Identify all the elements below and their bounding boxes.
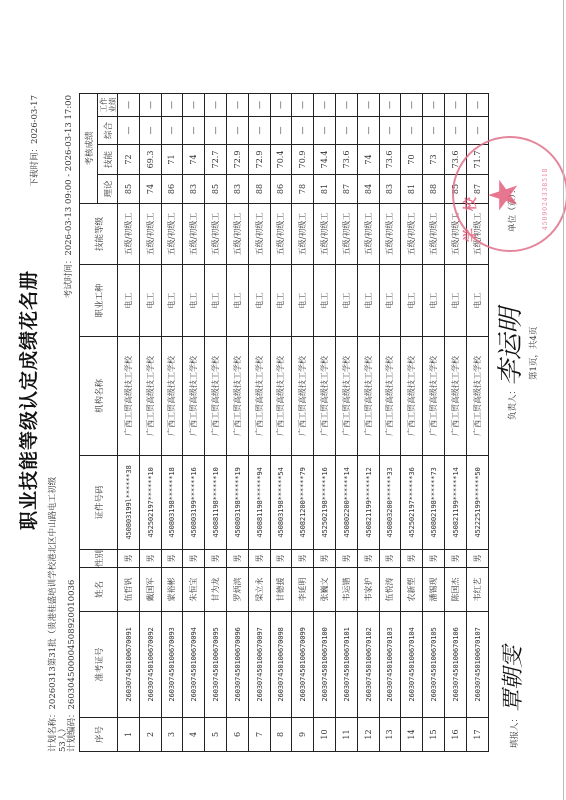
row-performance: — — [466, 93, 488, 116]
table-body: 1260307450100670091伍哲钒男450803199l******3… — [118, 93, 489, 751]
table-row: 8260307450100670098甘德援男450803198******54… — [270, 93, 292, 751]
row-theory: 85 — [118, 174, 140, 203]
row-theory: 84 — [357, 174, 379, 203]
row-level: 五级/初级工 — [423, 203, 445, 264]
row-overall: — — [270, 116, 292, 144]
header-name: 姓名 — [80, 568, 118, 612]
row-org: 广西工贸高级技工学校 — [270, 336, 292, 455]
row-id: 450881198******10 — [205, 455, 227, 549]
header-ticket: 准考证号 — [80, 612, 118, 718]
row-id: 450802200******14 — [335, 455, 357, 549]
row-ticket: 260307450100670091 — [118, 612, 140, 718]
header-gender: 性别 — [80, 549, 118, 567]
row-skill: 73 — [423, 144, 445, 174]
results-table: 序号 准考证号 姓名 性别 证件号码 机构名称 职业工种 技能等级 考核成绩 理… — [79, 93, 489, 752]
header-level: 技能等级 — [80, 203, 118, 264]
row-performance: — — [270, 93, 292, 116]
header-skill: 技能 — [98, 144, 118, 174]
row-gender: 男 — [161, 549, 183, 567]
header-performance: 工作业绩 — [98, 93, 118, 116]
row-gender: 男 — [270, 549, 292, 567]
row-performance: — — [139, 93, 161, 116]
row-occupation: 电工 — [205, 264, 227, 336]
row-skill: 73.6 — [335, 144, 357, 174]
row-overall: — — [205, 116, 227, 144]
row-name: 韦红艺 — [466, 568, 488, 612]
row-occupation: 电工 — [292, 264, 314, 336]
row-skill: 69.3 — [139, 144, 161, 174]
row-occupation: 电工 — [314, 264, 336, 336]
row-name: 甘德援 — [270, 568, 292, 612]
row-level: 五级/初级工 — [270, 203, 292, 264]
row-occupation: 电工 — [379, 264, 401, 336]
row-gender: 男 — [205, 549, 227, 567]
row-id: 450803199l******38 — [118, 455, 140, 549]
row-occupation: 电工 — [161, 264, 183, 336]
header-id: 证件号码 — [80, 455, 118, 549]
responsible-signature: 李运明 — [490, 308, 527, 386]
row-gender: 男 — [139, 549, 161, 567]
seal-number: 4509024338518 — [542, 167, 549, 230]
row-id: 450803198******19 — [226, 455, 248, 549]
row-name: 陈国杰 — [444, 568, 466, 612]
row-gender: 男 — [248, 549, 270, 567]
row-performance: — — [248, 93, 270, 116]
row-name: 韦运锴 — [335, 568, 357, 612]
row-name: 李延明 — [292, 568, 314, 612]
row-skill: 72 — [118, 144, 140, 174]
row-seq: 7 — [248, 718, 270, 752]
row-occupation: 电工 — [423, 264, 445, 336]
row-org: 广西工贸高级技工学校 — [161, 336, 183, 455]
row-name: 罗炳滨 — [226, 568, 248, 612]
row-seq: 8 — [270, 718, 292, 752]
responsible-label: 负责人： — [506, 386, 518, 420]
row-seq: 6 — [226, 718, 248, 752]
row-gender: 男 — [292, 549, 314, 567]
row-org: 广西工贸高级技工学校 — [357, 336, 379, 455]
row-seq: 12 — [357, 718, 379, 752]
row-name: 伍悦涛 — [379, 568, 401, 612]
row-id: 450803199******16 — [183, 455, 205, 549]
row-overall: — — [292, 116, 314, 144]
row-theory: 83 — [226, 174, 248, 203]
row-overall: — — [335, 116, 357, 144]
row-name: 梁立永 — [248, 568, 270, 612]
row-id: 450803200******33 — [379, 455, 401, 549]
row-seq: 15 — [423, 718, 445, 752]
row-gender: 男 — [226, 549, 248, 567]
row-theory: 88 — [423, 174, 445, 203]
row-level: 五级/初级工 — [183, 203, 205, 264]
exam-time: 考试时间：2026-03-13 09:00 - 2026-03-13 17:00 — [64, 95, 75, 298]
row-ticket: 260307450100670102 — [357, 612, 379, 718]
row-org: 广西工贸高级技工学校 — [444, 336, 466, 455]
row-gender: 男 — [183, 549, 205, 567]
row-theory: 74 — [139, 174, 161, 203]
row-theory: 88 — [248, 174, 270, 203]
row-org: 广西工贸高级技工学校 — [335, 336, 357, 455]
row-org: 广西工贸高级技工学校 — [226, 336, 248, 455]
row-ticket: 260307450100670098 — [270, 612, 292, 718]
row-theory: 78 — [292, 174, 314, 203]
row-id: 450803198******54 — [270, 455, 292, 549]
row-level: 五级/初级工 — [379, 203, 401, 264]
row-name: 潘锡现 — [423, 568, 445, 612]
row-performance: — — [183, 93, 205, 116]
header-seq: 序号 — [80, 718, 118, 752]
row-occupation: 电工 — [248, 264, 270, 336]
row-overall: — — [423, 116, 445, 144]
download-time: 下载时间：2026-03-17 — [30, 95, 41, 187]
row-ticket: 260307450100670094 — [183, 612, 205, 718]
header-scores-group: 考核成绩 — [80, 93, 98, 203]
row-gender: 男 — [314, 549, 336, 567]
table-row: 14260307450100670104农新塑男452502197******3… — [401, 93, 423, 751]
row-org: 广西工贸高级技工学校 — [118, 336, 140, 455]
row-org: 广西工贸高级技工学校 — [292, 336, 314, 455]
table-row: 13260307450100670103伍悦涛男450803200******3… — [379, 93, 401, 751]
row-seq: 2 — [139, 718, 161, 752]
filler-signature: 覃朝雯 — [496, 646, 527, 712]
row-occupation: 电工 — [118, 264, 140, 336]
row-id: 452502197******36 — [401, 455, 423, 549]
row-ticket: 260307450100670105 — [423, 612, 445, 718]
row-performance: — — [205, 93, 227, 116]
row-skill: 72.7 — [205, 144, 227, 174]
row-overall: — — [139, 116, 161, 144]
row-occupation: 电工 — [335, 264, 357, 336]
row-performance: — — [444, 93, 466, 116]
row-ticket: 260307450100670093 — [161, 612, 183, 718]
seal-text: 学 校 — [460, 191, 480, 242]
row-id: 452502197******10 — [139, 455, 161, 549]
row-occupation: 电工 — [183, 264, 205, 336]
row-seq: 13 — [379, 718, 401, 752]
row-overall: — — [226, 116, 248, 144]
row-name: 蒙裕彬 — [161, 568, 183, 612]
row-performance: — — [357, 93, 379, 116]
row-skill: 71 — [161, 144, 183, 174]
plan-name: 计划名称：20260313第31批（贵港桂盛培训学校港北区中山路电工初级 — [48, 477, 59, 752]
row-performance: — — [292, 93, 314, 116]
row-level: 五级/初级工 — [161, 203, 183, 264]
row-performance: — — [314, 93, 336, 116]
row-seq: 14 — [401, 718, 423, 752]
table-row: 1260307450100670091伍哲钒男450803199l******3… — [118, 93, 140, 751]
row-id: 452225199******50 — [466, 455, 488, 549]
row-seq: 5 — [205, 718, 227, 752]
row-overall: — — [314, 116, 336, 144]
row-ticket: 260307450100670092 — [139, 612, 161, 718]
row-skill: 70.4 — [270, 144, 292, 174]
row-seq: 11 — [335, 718, 357, 752]
row-gender: 男 — [357, 549, 379, 567]
row-level: 五级/初级工 — [205, 203, 227, 264]
header-theory: 理论 — [98, 174, 118, 203]
header-overall: 综合 — [98, 116, 118, 144]
page-info: 第1页，共4页 — [527, 327, 539, 380]
row-name: 甘为龙 — [205, 568, 227, 612]
row-theory: 81 — [401, 174, 423, 203]
row-id: 450803198******18 — [161, 455, 183, 549]
row-ticket: 260307450100670099 — [292, 612, 314, 718]
row-id: 450802198******73 — [423, 455, 445, 549]
row-id: 450881198******94 — [248, 455, 270, 549]
header-org: 机构名称 — [80, 336, 118, 455]
filler-label: 填报人： — [508, 714, 520, 748]
row-ticket: 260307450100670101 — [335, 612, 357, 718]
row-level: 五级/初级工 — [335, 203, 357, 264]
row-theory: 86 — [270, 174, 292, 203]
row-org: 广西工贸高级技工学校 — [379, 336, 401, 455]
row-name: 朱恒宝 — [183, 568, 205, 612]
row-skill: 72.9 — [226, 144, 248, 174]
table-row: 3260307450100670093蒙裕彬男450803198******18… — [161, 93, 183, 751]
row-skill: 70.9 — [292, 144, 314, 174]
row-level: 五级/初级工 — [118, 203, 140, 264]
row-occupation: 电工 — [139, 264, 161, 336]
official-seal: 学 校 ★ 4509024338518 — [452, 136, 566, 252]
row-name: 伍哲钒 — [118, 568, 140, 612]
row-ticket: 260307450100670097 — [248, 612, 270, 718]
row-theory: 83 — [379, 174, 401, 203]
row-skill: 73.6 — [379, 144, 401, 174]
row-org: 广西工贸高级技工学校 — [314, 336, 336, 455]
row-ticket: 260307450100670103 — [379, 612, 401, 718]
row-level: 五级/初级工 — [248, 203, 270, 264]
row-level: 五级/初级工 — [314, 203, 336, 264]
row-occupation: 电工 — [466, 264, 488, 336]
page-edge — [563, 0, 564, 800]
table-row: 12260307450100670102韦家护男450821199******1… — [357, 93, 379, 751]
row-gender: 男 — [444, 549, 466, 567]
row-name: 戴国军 — [139, 568, 161, 612]
row-performance: — — [401, 93, 423, 116]
row-name: 韦家护 — [357, 568, 379, 612]
row-performance: — — [226, 93, 248, 116]
row-performance: — — [118, 93, 140, 116]
row-performance: — — [379, 93, 401, 116]
row-overall: — — [118, 116, 140, 144]
row-gender: 男 — [466, 549, 488, 567]
row-gender: 男 — [401, 549, 423, 567]
row-theory: 85 — [205, 174, 227, 203]
row-gender: 男 — [423, 549, 445, 567]
row-ticket: 260307450100670104 — [401, 612, 423, 718]
document-page: 职业技能等级认定成绩花名册 计划名称：20260313第31批（贵港桂盛培训学校… — [0, 0, 566, 800]
row-gender: 男 — [118, 549, 140, 567]
row-seq: 3 — [161, 718, 183, 752]
row-org: 广西工贸高级技工学校 — [401, 336, 423, 455]
row-overall: — — [401, 116, 423, 144]
row-level: 五级/初级工 — [292, 203, 314, 264]
row-overall: — — [357, 116, 379, 144]
row-occupation: 电工 — [270, 264, 292, 336]
row-skill: 74 — [183, 144, 205, 174]
table-row: 4260307450100670094朱恒宝男450803199******16… — [183, 93, 205, 751]
row-id: 450821199******14 — [444, 455, 466, 549]
table-row: 15260307450100670105潘锡现男450802198******7… — [423, 93, 445, 751]
plan-code: 计划编码：260304500004508920010036 — [67, 580, 78, 752]
row-overall: — — [183, 116, 205, 144]
row-org: 广西工贸高级技工学校 — [466, 336, 488, 455]
row-seq: 1 — [118, 718, 140, 752]
row-overall: — — [161, 116, 183, 144]
row-theory: 81 — [314, 174, 336, 203]
row-performance: — — [161, 93, 183, 116]
row-performance: — — [423, 93, 445, 116]
row-ticket: 260307450100670096 — [226, 612, 248, 718]
row-org: 广西工贸高级技工学校 — [423, 336, 445, 455]
row-ticket: 260307450100670107 — [466, 612, 488, 718]
row-level: 五级/初级工 — [226, 203, 248, 264]
row-seq: 4 — [183, 718, 205, 752]
star-icon: ★ — [484, 177, 524, 213]
row-theory: 87 — [335, 174, 357, 203]
row-skill: 74.4 — [314, 144, 336, 174]
row-skill: 74 — [357, 144, 379, 174]
row-occupation: 电工 — [357, 264, 379, 336]
table-row: 6260307450100670096罗炳滨男450803198******19… — [226, 93, 248, 751]
row-overall: — — [466, 116, 488, 144]
row-level: 五级/初级工 — [401, 203, 423, 264]
table-row: 2260307450100670092戴国军男452502197******10… — [139, 93, 161, 751]
table-row: 11260307450100670101韦运锴男450802200******1… — [335, 93, 357, 751]
row-name: 张巍文 — [314, 568, 336, 612]
table-row: 10260307450100670100张巍文男452502198******1… — [314, 93, 336, 751]
row-occupation: 电工 — [226, 264, 248, 336]
row-performance: — — [335, 93, 357, 116]
row-org: 广西工贸高级技工学校 — [183, 336, 205, 455]
row-seq: 10 — [314, 718, 336, 752]
row-theory: 86 — [161, 174, 183, 203]
row-overall: — — [248, 116, 270, 144]
row-ticket: 260307450100670106 — [444, 612, 466, 718]
table-row: 9260307450100670099李延明男450821200******79… — [292, 93, 314, 751]
row-seq: 9 — [292, 718, 314, 752]
row-org: 广西工贸高级技工学校 — [139, 336, 161, 455]
row-id: 450821200******79 — [292, 455, 314, 549]
row-overall: — — [379, 116, 401, 144]
row-org: 广西工贸高级技工学校 — [205, 336, 227, 455]
row-id: 452502198******16 — [314, 455, 336, 549]
table-row: 7260307450100670097梁立永男450881198******94… — [248, 93, 270, 751]
row-gender: 男 — [335, 549, 357, 567]
row-theory: 83 — [183, 174, 205, 203]
row-id: 450821199******12 — [357, 455, 379, 549]
table-row: 5260307450100670095甘为龙男450881198******10… — [205, 93, 227, 751]
row-skill: 70 — [401, 144, 423, 174]
row-ticket: 260307450100670095 — [205, 612, 227, 718]
row-level: 五级/初级工 — [139, 203, 161, 264]
row-skill: 72.9 — [248, 144, 270, 174]
row-ticket: 260307450100670100 — [314, 612, 336, 718]
row-level: 五级/初级工 — [357, 203, 379, 264]
row-gender: 男 — [379, 549, 401, 567]
row-seq: 17 — [466, 718, 488, 752]
row-occupation: 电工 — [444, 264, 466, 336]
header-occupation: 职业工种 — [80, 264, 118, 336]
row-name: 农新塑 — [401, 568, 423, 612]
row-org: 广西工贸高级技工学校 — [248, 336, 270, 455]
row-seq: 16 — [444, 718, 466, 752]
row-occupation: 电工 — [401, 264, 423, 336]
row-overall: — — [444, 116, 466, 144]
